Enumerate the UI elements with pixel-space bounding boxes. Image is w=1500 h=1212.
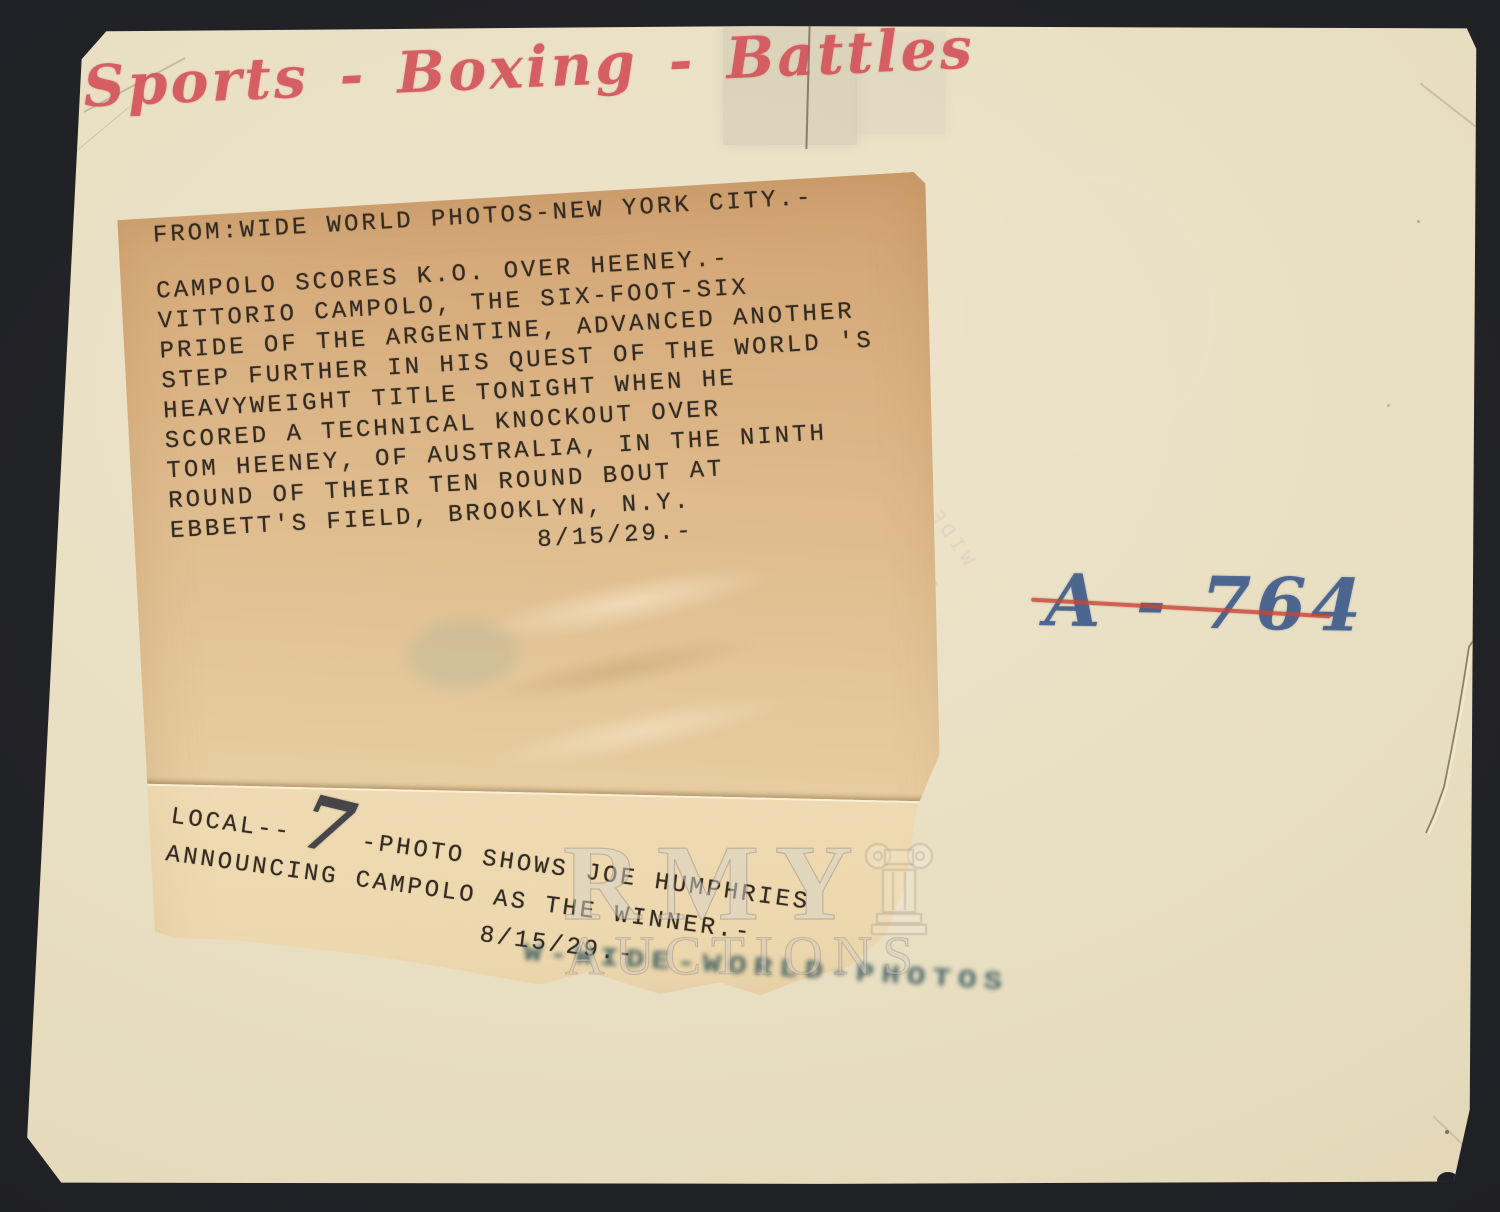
emboss-ring-mark xyxy=(960,177,1214,451)
photo-back-scan: Sports - Boxing - Battles WIDE WORLD PHO… xyxy=(0,0,1500,1212)
caption-source-line: FROM:WIDE WORLD PHOTOS-NEW YORK CITY.- xyxy=(152,181,866,252)
dust-speck-2 xyxy=(1417,220,1420,223)
dust-speck-3 xyxy=(1387,404,1390,407)
handwritten-number-seven: 7 xyxy=(303,820,356,833)
corner-crease-bottom-right xyxy=(1432,1115,1485,1166)
edge-tear xyxy=(1405,607,1500,847)
photo-paper-back: Sports - Boxing - Battles WIDE WORLD PHO… xyxy=(25,22,1477,1185)
corner-crease-top-right xyxy=(1420,83,1476,128)
watermark-text-auctions: AUCTIONS xyxy=(565,924,923,987)
bottom-edge-notch xyxy=(1437,1172,1459,1190)
typed-caption-block: FROM:WIDE WORLD PHOTOS-NEW YORK CITY.- C… xyxy=(152,181,885,577)
dust-speck xyxy=(1445,1130,1449,1134)
slip-smudge-spot xyxy=(406,616,520,692)
